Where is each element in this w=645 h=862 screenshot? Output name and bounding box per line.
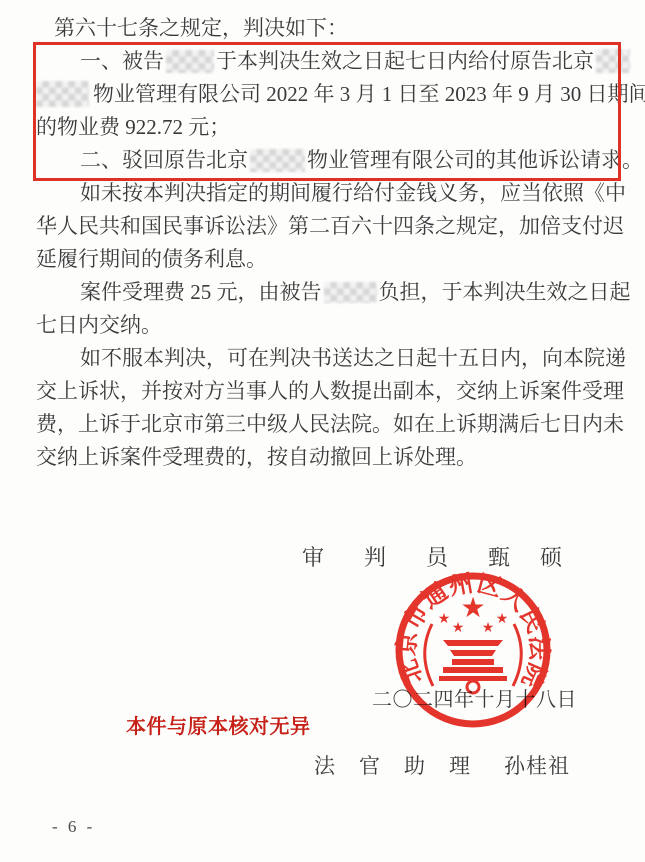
page-number: - 6 -: [52, 817, 95, 837]
text-part: 一、被告: [80, 49, 164, 73]
svg-text:北京市通州区人民法院: 北京市通州区人民法院: [392, 570, 552, 693]
text-part: 案件受理费 25 元，由被告: [80, 280, 322, 304]
court-seal: 北京市通州区人民法院 ★ ★ ★ ★ ★: [385, 562, 561, 738]
body-line-appeal-1: 如不服本判决，可在判决书送达之日起十五日内，向本院递: [36, 342, 628, 375]
emblem-gate-base: [443, 667, 503, 673]
body-line-interest-2: 华人民共和国民事诉讼法》第二百六十四条之规定，加倍支付迟: [36, 210, 628, 243]
body-line-appeal-4: 交纳上诉案件受理费的，按自动撤回上诉处理。: [36, 441, 628, 474]
text-part: 二、驳回原告北京: [80, 148, 248, 172]
emblem-gate-roof: [443, 640, 503, 646]
seal-text: 北京市通州区人民法院: [392, 570, 552, 693]
redaction-company-name: [250, 149, 305, 172]
body-line-intro: 第六十七条之规定，判决如下：: [36, 12, 628, 45]
body-line-item2: 二、驳回原告北京物业管理有限公司的其他诉讼请求。: [36, 144, 628, 177]
judgment-document-page: 第六十七条之规定，判决如下： 一、被告于本判决生效之日起七日内给付原告北京 物业…: [0, 0, 645, 862]
emblem-star-small-icon: ★: [496, 611, 509, 627]
body-line-appeal-2: 交上诉状，并按对方当事人的人数提出副本，交纳上诉案件受理: [36, 375, 628, 408]
redaction-company-name: [596, 49, 630, 73]
emblem-gate-wall: [452, 659, 494, 665]
judgment-body: 第六十七条之规定，判决如下： 一、被告于本判决生效之日起七日内给付原告北京 物业…: [36, 12, 628, 474]
body-line-item1-1: 一、被告于本判决生效之日起七日内给付原告北京: [36, 45, 628, 78]
redaction-defendant-name: [324, 282, 377, 303]
body-line-item1-2: 物业管理有限公司 2022 年 3 月 1 日至 2023 年 9 月 30 日…: [36, 78, 628, 111]
body-line-item1-3: 的物业费 922.72 元；: [36, 111, 628, 144]
body-line-appeal-3: 费，上诉于北京市第三中级人民法院。如在上诉期满后七日内未: [36, 408, 628, 441]
body-line-fee-2: 七日内交纳。: [36, 309, 628, 342]
body-line-interest-1: 如未按本判决指定的期间履行给付金钱义务，应当依照《中: [36, 177, 628, 210]
assistant-signature-line: 法官助理孙桂祖: [314, 750, 570, 780]
assistant-title: 法官助理: [314, 754, 494, 778]
text-part: 物业管理有限公司 2022 年 3 月 1 日至 2023 年 9 月 30 日…: [93, 82, 645, 106]
emblem-star-small-icon: ★: [438, 611, 451, 627]
emblem-gear-icon: [467, 681, 479, 693]
text-part: 负担，于本判决生效之日起: [379, 280, 631, 304]
redaction-defendant-name: [166, 50, 214, 73]
emblem-star-small-icon: ★: [482, 620, 495, 636]
emblem-gate-roof2: [450, 650, 496, 656]
assistant-name: 孙桂祖: [504, 754, 570, 778]
text-part: 于本判决生效之日起七日内给付原告北京: [216, 49, 594, 73]
verification-note: 本件与原本核对无异: [126, 710, 311, 739]
body-line-fee-1: 案件受理费 25 元，由被告负担，于本判决生效之日起: [36, 276, 628, 309]
redaction-company-name: [36, 81, 89, 107]
emblem-star-small-icon: ★: [452, 620, 465, 636]
body-line-interest-3: 延履行期间的债务利息。: [36, 243, 628, 276]
text-part: 物业管理有限公司的其他诉讼请求。: [307, 148, 643, 172]
